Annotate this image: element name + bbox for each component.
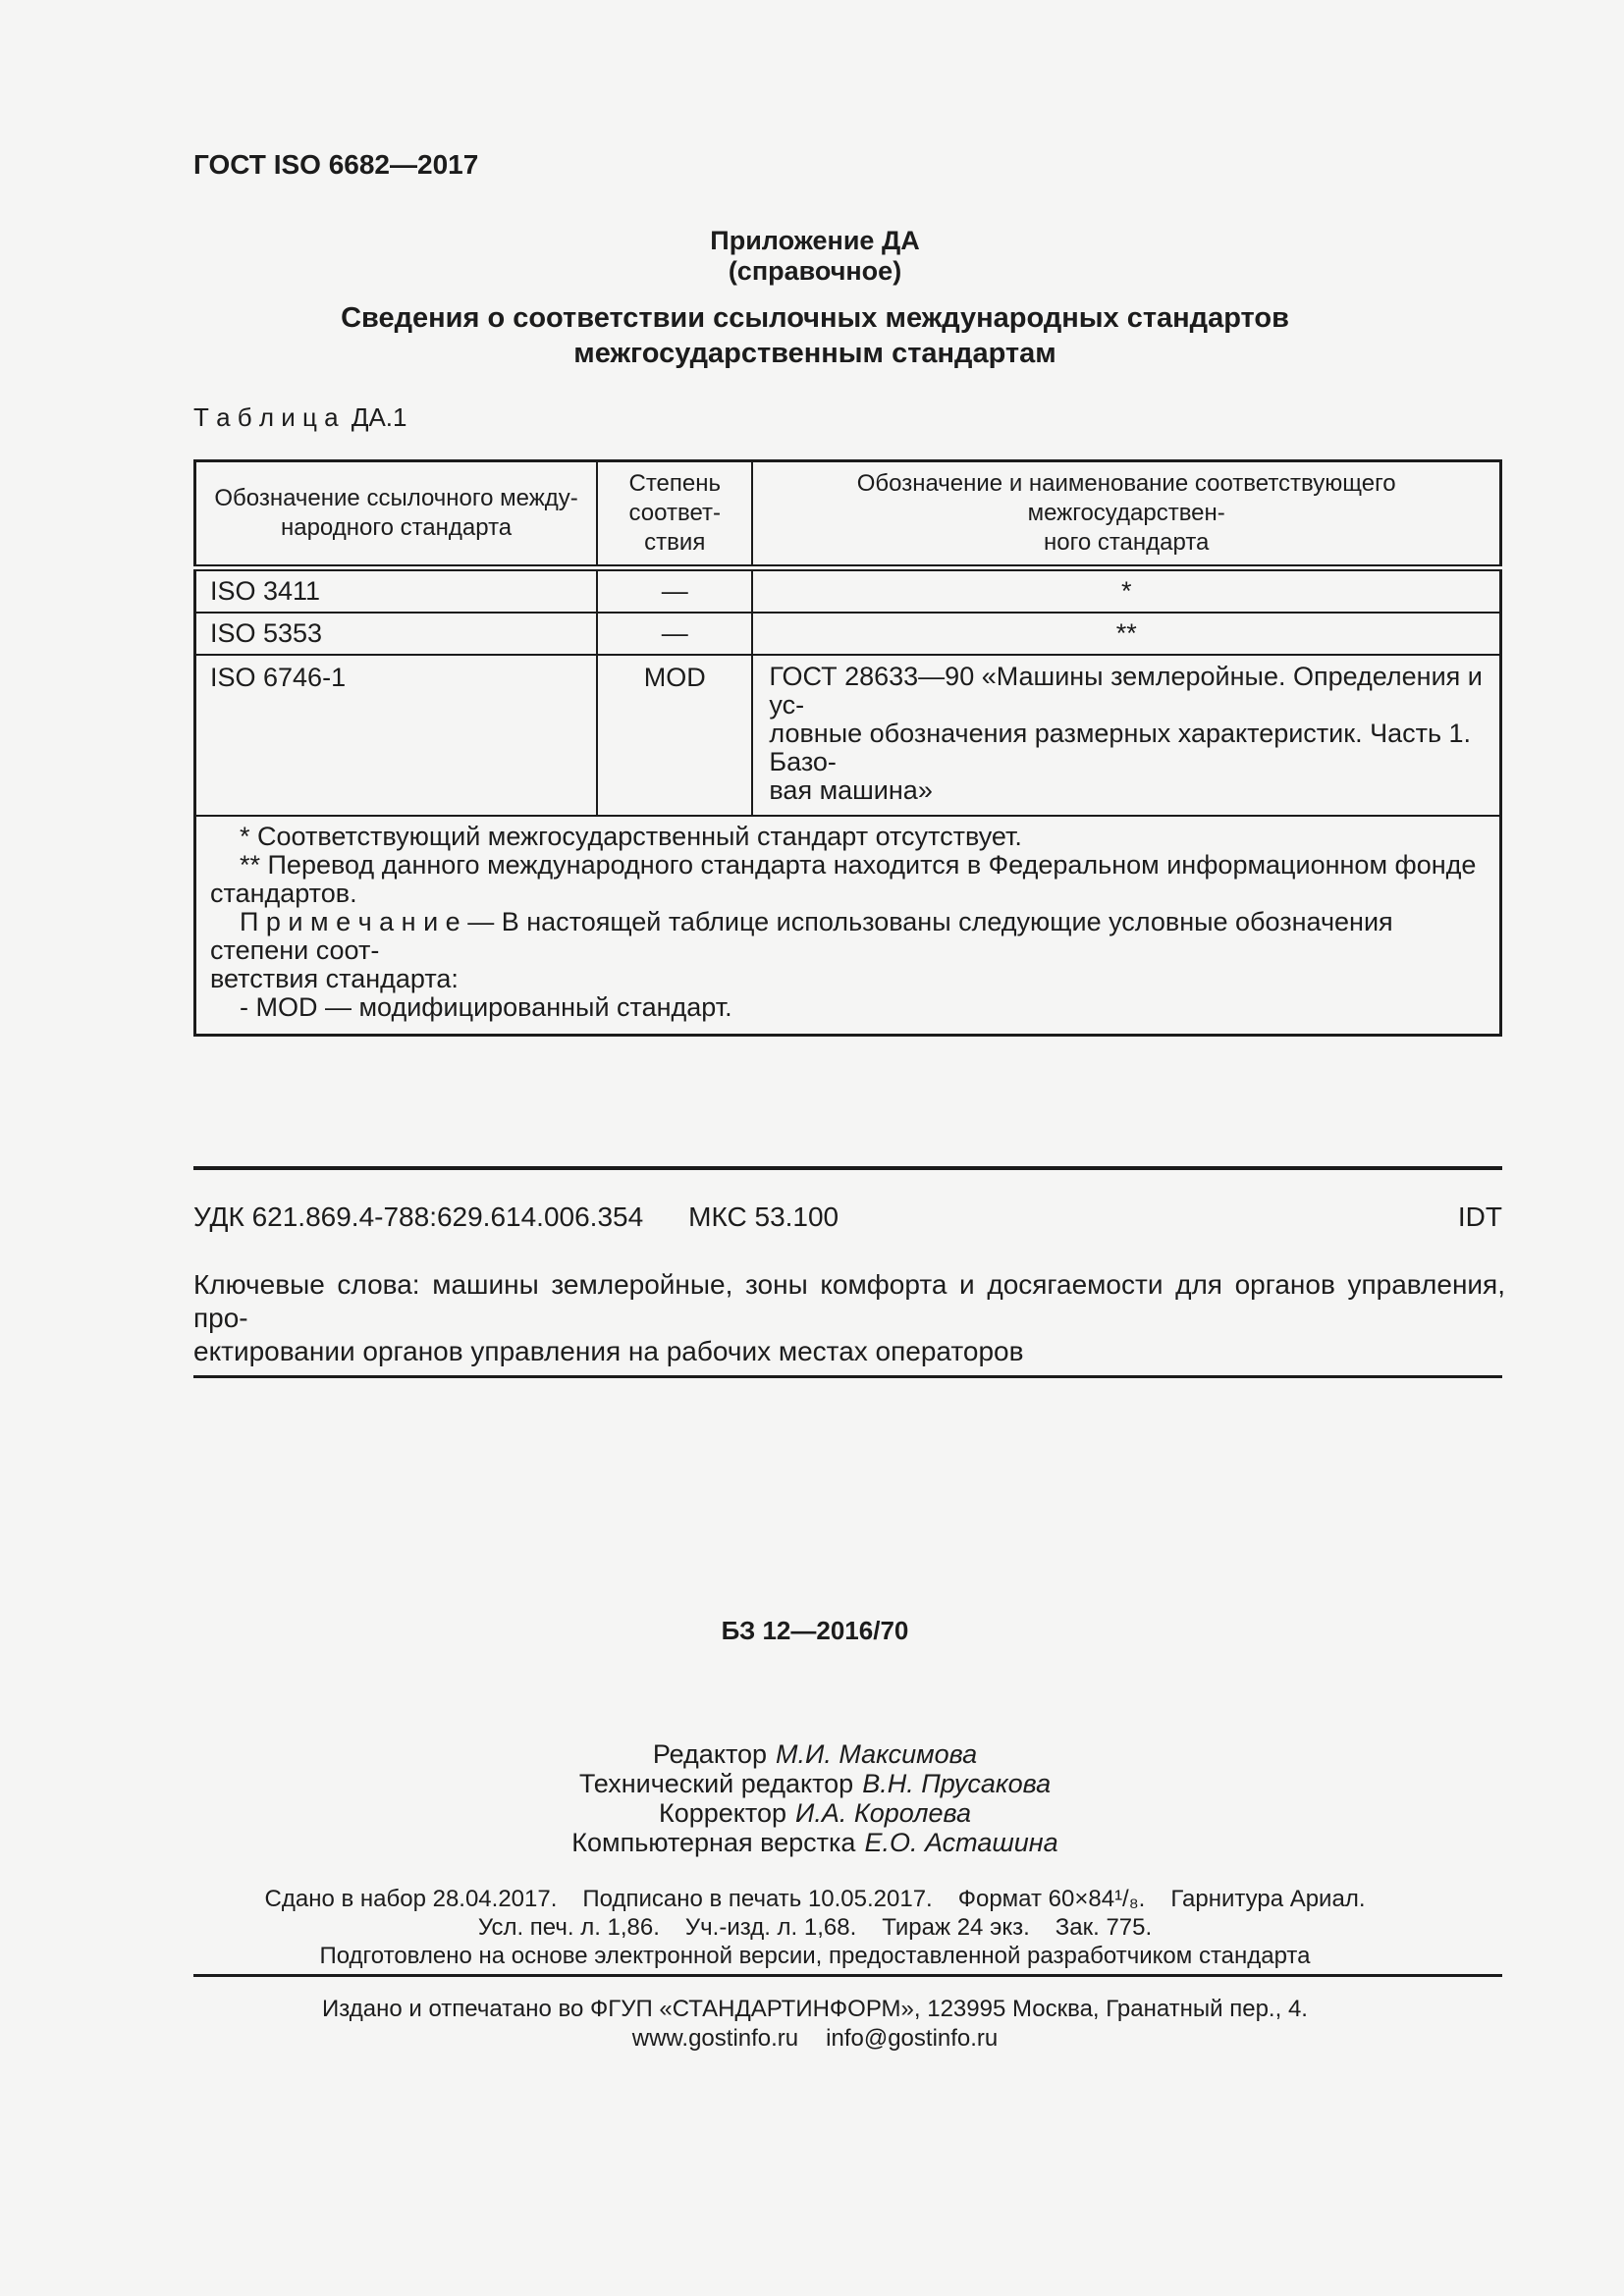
divider-below-keywords [193, 1375, 1502, 1378]
divider-above-udk [193, 1166, 1502, 1170]
table-caption-word: Т а б л и ц а [193, 402, 339, 432]
table-row: ISO 3411 — * [195, 568, 1501, 614]
publisher-block: Издано и отпечатано во ФГУП «СТАНДАРТИНФ… [128, 1995, 1502, 2054]
section-title-line-1: Сведения о соответствии ссылочных междун… [128, 300, 1502, 336]
credit-row: Технический редакторВ.Н. Прусакова [128, 1769, 1502, 1798]
table-footnote-row: * Соответствующий межгосударственный ста… [195, 816, 1501, 1036]
annex-block: Приложение ДА (справочное) [128, 226, 1502, 287]
mks-number: МКС 53.100 [688, 1201, 839, 1233]
table-row: ISO 6746-1 MOD ГОСТ 28633—90 «Машины зем… [195, 655, 1501, 816]
bz-code: БЗ 12—2016/70 [128, 1616, 1502, 1646]
credit-row: КорректорИ.А. Королева [128, 1798, 1502, 1828]
credit-role: Технический редактор [579, 1769, 853, 1798]
col-header-reference-standard: Обозначение ссылочного между- народного … [195, 461, 598, 568]
imprint-segment: Усл. печ. л. 1,86. [478, 1914, 660, 1941]
credits-block: РедакторМ.И. Максимова Технический редак… [128, 1739, 1502, 1857]
footnote-double-asterisk: ** Перевод данного международного станда… [210, 851, 1484, 908]
document-page: ГОСТ ISO 6682—2017 Приложение ДА (справо… [0, 0, 1624, 2296]
degree-cell: MOD [597, 655, 752, 816]
footnote-block: * Соответствующий межгосударственный ста… [195, 816, 1501, 1036]
imprint-segment: Зак. 775. [1056, 1914, 1152, 1941]
publisher-address: Издано и отпечатано во ФГУП «СТАНДАРТИНФ… [128, 1995, 1502, 2024]
annex-kind: (справочное) [128, 256, 1502, 287]
section-title: Сведения о соответствии ссылочных междун… [128, 300, 1502, 371]
table-body: ISO 3411 — * ISO 5353 — ** ISO 6746-1 MO… [195, 568, 1501, 1036]
divider-above-publisher [193, 1974, 1502, 1977]
credit-name: В.Н. Прусакова [862, 1769, 1051, 1798]
header-row: Обозначение ссылочного между- народного … [195, 461, 1501, 568]
credit-row: РедакторМ.И. Максимова [128, 1739, 1502, 1769]
section-title-line-2: межгосударственным стандартам [128, 336, 1502, 371]
footnote-note: П р и м е ч а н и е — В настоящей таблиц… [210, 908, 1484, 993]
footnote-asterisk: * Соответствующий межгосударственный ста… [210, 823, 1484, 851]
standards-correspondence-table: Обозначение ссылочного между- народного … [193, 459, 1502, 1037]
credit-row: Компьютерная версткаЕ.О. Асташина [128, 1828, 1502, 1857]
ref-standard-cell: ISO 5353 [195, 613, 598, 655]
table-head: Обозначение ссылочного между- народного … [195, 461, 1501, 568]
degree-cell: — [597, 568, 752, 614]
imprint-block: Сдано в набор 28.04.2017.Подписано в печ… [128, 1885, 1502, 1970]
keywords-paragraph: Ключевые слова: машины землеройные, зоны… [193, 1268, 1505, 1368]
classification-line: УДК 621.869.4-788:629.614.006.354 МКС 53… [193, 1201, 1502, 1233]
idt-label: IDT [1458, 1201, 1502, 1233]
credit-name: М.И. Максимова [776, 1739, 977, 1769]
credit-name: Е.О. Асташина [864, 1828, 1057, 1857]
imprint-line-2: Усл. печ. л. 1,86.Уч.-изд. л. 1,68.Тираж… [128, 1913, 1502, 1942]
imprint-segment: Формат 60×84¹/₈. [958, 1886, 1146, 1912]
annex-label: Приложение ДА [128, 226, 1502, 256]
col-header-degree: Степень соответ- ствия [597, 461, 752, 568]
credit-role: Редактор [653, 1739, 767, 1769]
imprint-line-1: Сдано в набор 28.04.2017.Подписано в печ… [128, 1885, 1502, 1913]
match-cell: ** [752, 613, 1500, 655]
match-cell: ГОСТ 28633—90 «Машины землеройные. Опред… [752, 655, 1500, 816]
footnote-mod-definition: - MOD — модифицированный стандарт. [210, 993, 1484, 1022]
imprint-segment: Сдано в набор 28.04.2017. [265, 1886, 558, 1912]
col-header-matching-standard: Обозначение и наименование соответствующ… [752, 461, 1500, 568]
table-row: ISO 5353 — ** [195, 613, 1501, 655]
credit-role: Компьютерная верстка [571, 1828, 855, 1857]
credit-name: И.А. Королева [795, 1798, 971, 1828]
match-cell: * [752, 568, 1500, 614]
publisher-website: www.gostinfo.ru [632, 2025, 798, 2052]
imprint-segment: Подписано в печать 10.05.2017. [582, 1886, 932, 1912]
publisher-contacts: www.gostinfo.ruinfo@gostinfo.ru [128, 2024, 1502, 2054]
ref-standard-cell: ISO 3411 [195, 568, 598, 614]
ref-standard-cell: ISO 6746-1 [195, 655, 598, 816]
imprint-line-3: Подготовлено на основе электронной верси… [128, 1942, 1502, 1970]
publisher-email: info@gostinfo.ru [826, 2025, 998, 2052]
imprint-segment: Уч.-изд. л. 1,68. [685, 1914, 856, 1941]
degree-cell: — [597, 613, 752, 655]
credit-role: Корректор [659, 1798, 786, 1828]
imprint-segment: Тираж 24 экз. [882, 1914, 1029, 1941]
doc-code: ГОСТ ISO 6682—2017 [193, 149, 478, 181]
table-caption: Т а б л и ц а ДА.1 [193, 402, 407, 433]
imprint-segment: Гарнитура Ариал. [1170, 1886, 1365, 1912]
table-caption-number: ДА.1 [352, 402, 407, 432]
udk-number: УДК 621.869.4-788:629.614.006.354 [193, 1201, 643, 1233]
